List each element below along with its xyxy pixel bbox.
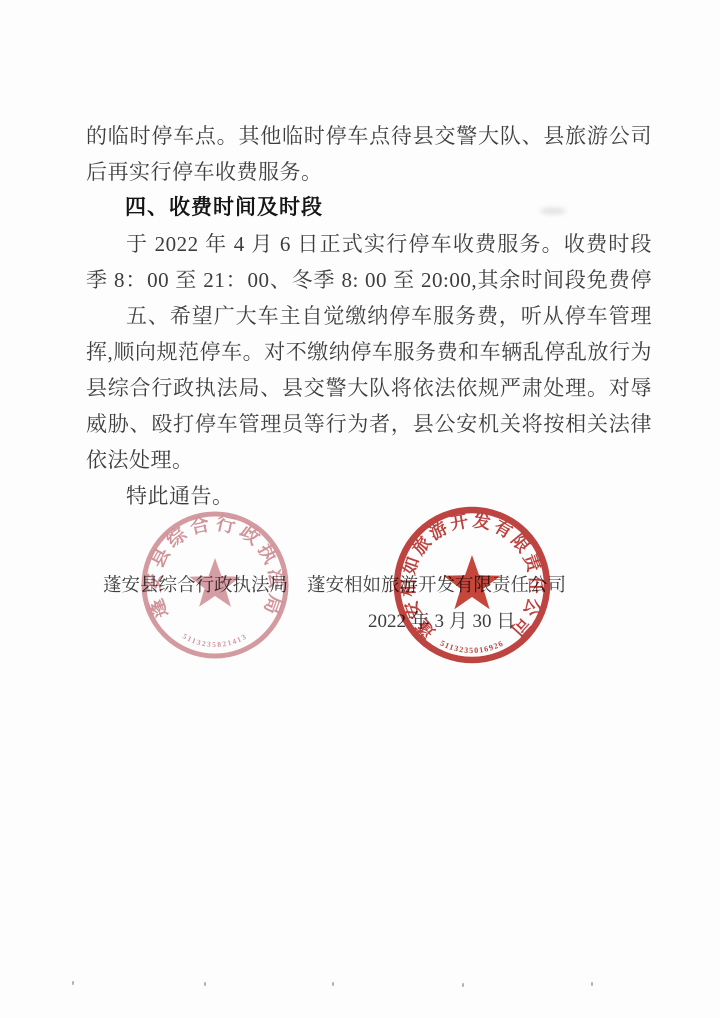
scan-artifact-dot	[332, 982, 334, 986]
signature-date: 2022 年 3 月 30 日	[368, 606, 528, 633]
body-line: 于 2022 年 4 月 6 日正式实行停车收费服务。收费时段为:夏	[86, 226, 652, 262]
body-line: 威胁、殴打停车管理员等行为者，县公安机关将按相关法律法规	[86, 406, 652, 442]
body-line: 县综合行政执法局、县交警大队将依法依规严肃处理。对辱骂、	[86, 370, 652, 406]
body-line: 依法处理。	[86, 442, 652, 478]
signer-org-left: 蓬安县综合行政执法局	[103, 571, 313, 597]
body-line: 季 8：00 至 21：00、冬季 8: 00 至 20:00,其余时间段免费停…	[86, 262, 652, 298]
body-line: 五、希望广大车主自觉缴纳停车服务费，听从停车管理员指	[86, 298, 652, 334]
body-line: 的临时停车点。其他临时停车点待县交警大队、县旅游公司划定	[86, 118, 652, 154]
closing-line: 特此通告。	[86, 478, 652, 514]
scan-artifact-dot	[72, 981, 74, 985]
svg-text:蓬安县综合行政执法局: 蓬安县综合行政执法局	[141, 511, 288, 621]
seal-serial-number: 5113235821413	[181, 632, 249, 650]
scan-artifact-dot	[591, 982, 593, 986]
seal-curved-text: 蓬安县综合行政执法局	[141, 511, 288, 621]
scan-artifact-dot	[462, 983, 464, 987]
body-line: 挥,顺向规范停车。对不缴纳停车服务费和车辆乱停乱放行为的，	[86, 334, 652, 370]
signer-org-right: 蓬安相如旅游开发有限责任公司	[307, 571, 577, 597]
scan-artifact-dot	[204, 982, 206, 986]
scan-smudge	[540, 207, 566, 215]
seal-serial-number: 5113235016926	[439, 639, 506, 655]
svg-text:5113235821413: 5113235821413	[181, 632, 249, 650]
document-page: 的临时停车点。其他临时停车点待县交警大队、县旅游公司划定 后再实行停车收费服务。…	[0, 0, 720, 1018]
notice-body: 的临时停车点。其他临时停车点待县交警大队、县旅游公司划定 后再实行停车收费服务。…	[86, 118, 652, 514]
svg-text:5113235016926: 5113235016926	[439, 639, 506, 655]
body-line: 后再实行停车收费服务。	[86, 154, 652, 190]
section-heading: 四、收费时间及时段	[86, 190, 652, 226]
